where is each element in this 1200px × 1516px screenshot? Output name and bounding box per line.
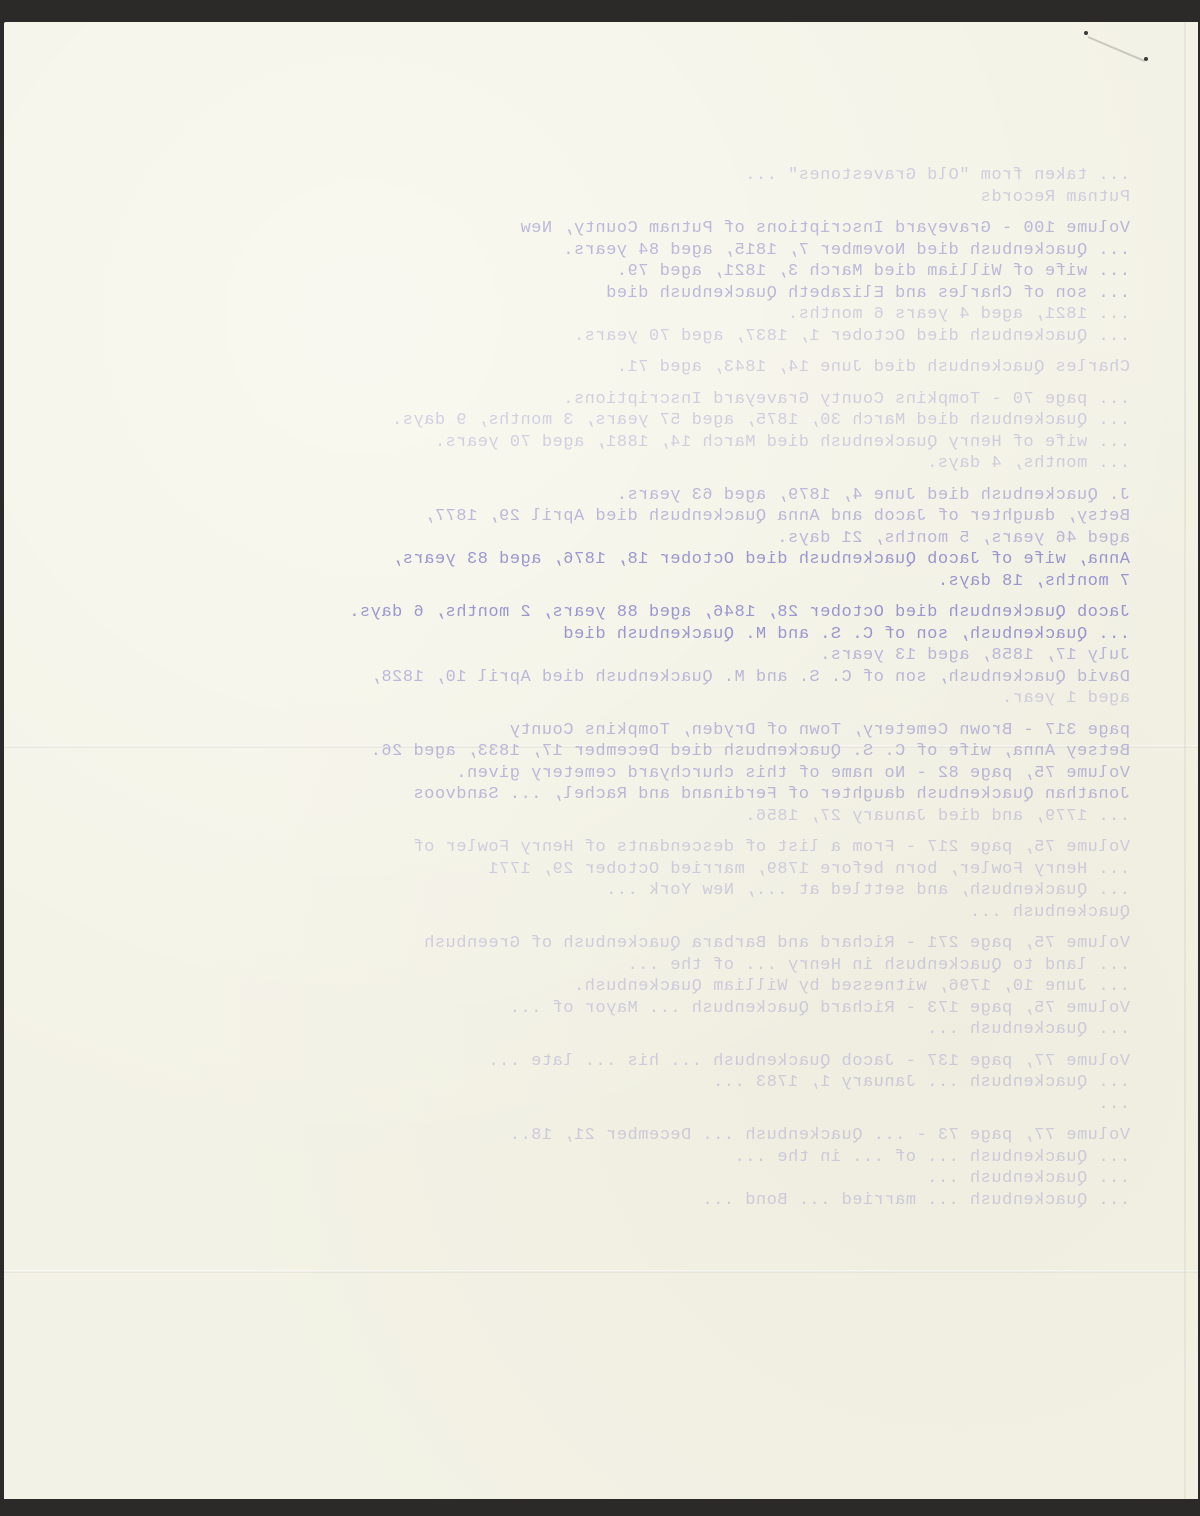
bleed-through-line: ... son of Charles and Elizabeth Quacken… — [150, 283, 1130, 305]
bleed-through-line: ... Quackenbush, and settled at ..., New… — [150, 880, 1130, 902]
bleed-through-line: Jacob Quackenbush died October 28, 1846,… — [150, 602, 1130, 624]
bleed-through-line: ... Henry Fowler, born before 1789, marr… — [150, 859, 1130, 881]
paragraph-gap — [150, 379, 1130, 389]
bleed-through-line: ... Quackenbush ... — [150, 1019, 1130, 1041]
paragraph-gap — [150, 208, 1130, 218]
bleed-through-line: Charles Quackenbush died June 14, 1843, … — [150, 357, 1130, 379]
bleed-through-line: Anna, wife of Jacob Quackenbush died Oct… — [150, 549, 1130, 571]
bleed-through-line: Volume 75, page 82 - No name of this chu… — [150, 763, 1130, 785]
bleed-through-line: J. Quackenbush died June 4, 1879, aged 6… — [150, 485, 1130, 507]
bleed-through-line: ... — [150, 1094, 1130, 1116]
vertical-crease — [1184, 22, 1186, 1499]
bleed-through-line: ... page 70 - Tompkins County Graveyard … — [150, 389, 1130, 411]
mirrored-ink-bleed-through: ... taken from "Old Gravestones" ...Putn… — [150, 165, 1130, 1211]
bleed-through-line: ... land to Quackenbush in Henry ... of … — [150, 955, 1130, 977]
bleed-through-line: ... Quackenbush, son of C. S. and M. Qua… — [150, 624, 1130, 646]
paragraph-gap — [150, 1041, 1130, 1051]
paragraph-gap — [150, 710, 1130, 720]
bleed-through-line: ... taken from "Old Gravestones" ... — [150, 165, 1130, 187]
bleed-through-line: ... Quackenbush ... of ... in the ... — [150, 1147, 1130, 1169]
paragraph-gap — [150, 475, 1130, 485]
bleed-through-line: Volume 77, page 137 - Jacob Quackenbush … — [150, 1051, 1130, 1073]
bleed-through-line: ... Quackenbush ... January 1, 1783 ... — [150, 1072, 1130, 1094]
bleed-through-line: ... Quackenbush died October 1, 1837, ag… — [150, 326, 1130, 348]
bleed-through-line: Putnam Records — [150, 187, 1130, 209]
bleed-through-line: aged 46 years, 5 months, 21 days. — [150, 528, 1130, 550]
bleed-through-line: ... 1779, and died January 27, 1856. — [150, 806, 1130, 828]
bleed-through-line: ... Quackenbush ... — [150, 1168, 1130, 1190]
bleed-through-line: ... months, 4 days. — [150, 453, 1130, 475]
paragraph-gap — [150, 1115, 1130, 1125]
bleed-through-line: Quackenbush ... — [150, 902, 1130, 924]
bleed-through-line: Betsy, daughter of Jacob and Anna Quacke… — [150, 506, 1130, 528]
bleed-through-line: Volume 75, page 173 - Richard Quackenbus… — [150, 998, 1130, 1020]
bleed-through-line: ... June 10, 1796, witnessed by William … — [150, 976, 1130, 998]
bleed-through-line: ... 1821, aged 4 years 6 months. — [150, 304, 1130, 326]
bleed-through-line: ... wife of William died March 3, 1821, … — [150, 261, 1130, 283]
bleed-through-line: page 317 - Brown Cemetery, Town of Dryde… — [150, 720, 1130, 742]
bleed-through-line: ... wife of Henry Quackenbush died March… — [150, 432, 1130, 454]
bleed-through-line: David Quackenbush, son of C. S. and M. Q… — [150, 667, 1130, 689]
bleed-through-line: ... Quackenbush ... married ... Bond ... — [150, 1190, 1130, 1212]
bleed-through-line: 7 months, 18 days. — [150, 571, 1130, 593]
bleed-through-line: Volume 77, page 73 - ... Quackenbush ...… — [150, 1125, 1130, 1147]
paragraph-gap — [150, 347, 1130, 357]
paragraph-gap — [150, 923, 1130, 933]
bleed-through-line: aged 1 year. — [150, 688, 1130, 710]
bleed-through-line: ... Quackenbush died March 30, 1875, age… — [150, 410, 1130, 432]
bleed-through-line: July 17, 1858, aged 13 years. — [150, 645, 1130, 667]
paragraph-gap — [150, 827, 1130, 837]
bleed-through-line: Volume 75, page 217 - From a list of des… — [150, 837, 1130, 859]
bleed-through-line: ... Quackenbush died November 7, 1815, a… — [150, 240, 1130, 262]
bleed-through-line: Volume 75, page 271 - Richard and Barbar… — [150, 933, 1130, 955]
bleed-through-line: Betsey Anna, wife of C. S. Quackenbush d… — [150, 741, 1130, 763]
paragraph-gap — [150, 592, 1130, 602]
bleed-through-line: Jonathan Quackenbush daughter of Ferdina… — [150, 784, 1130, 806]
bleed-through-line: Volume 100 - Graveyard Inscriptions of P… — [150, 218, 1130, 240]
staple-hole-icon — [1084, 31, 1088, 35]
horizontal-fold-line — [4, 1270, 1198, 1273]
